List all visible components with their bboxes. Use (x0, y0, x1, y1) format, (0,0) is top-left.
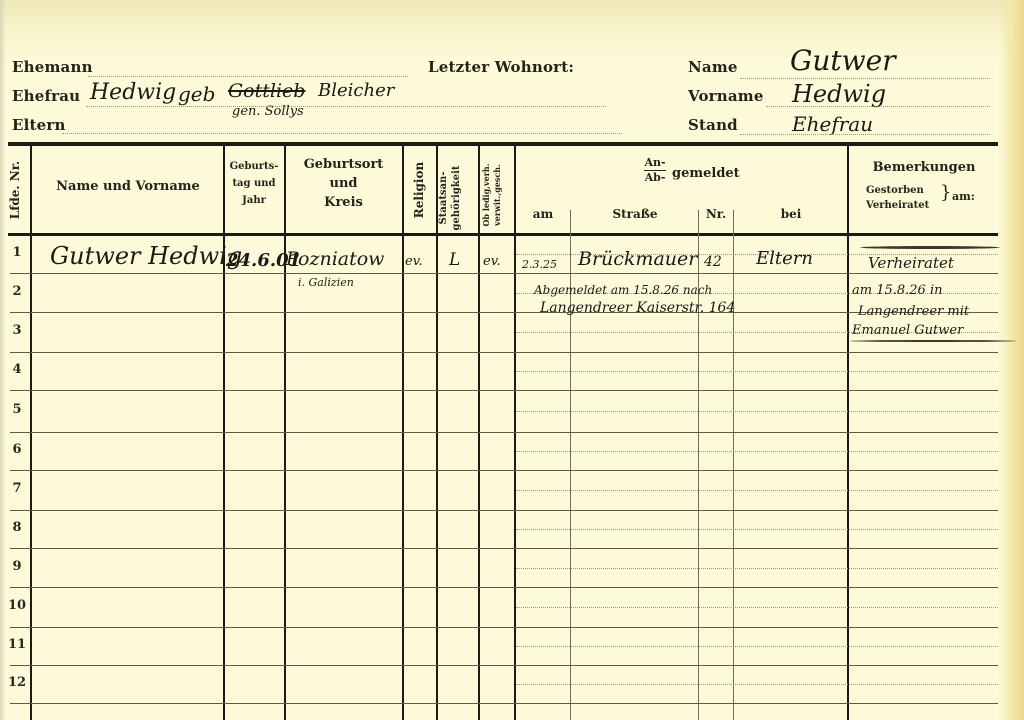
row-dotted-midline (516, 451, 998, 452)
row-number: 6 (6, 442, 28, 457)
header-staats-line2: gehörigkeit (450, 156, 463, 240)
row-number: 5 (6, 402, 28, 417)
header-am: am (516, 207, 570, 222)
header-brace-icon: } (940, 182, 951, 205)
row-number: 7 (6, 481, 28, 496)
row-number: 1 (6, 245, 28, 260)
entry-remarks-line3: Langendreer mit (858, 304, 969, 319)
ehemann-line (88, 76, 408, 77)
row-number: 2 (6, 284, 28, 299)
entry-an-number: 42 (704, 254, 722, 270)
header-ledig-line2: verwit.,gesch. (492, 155, 503, 235)
header-familienstand: Ob ledig,verh. verwit.,gesch. (481, 155, 511, 235)
name-line (740, 78, 990, 79)
ehefrau-maiden-name: Bleicher (318, 80, 394, 101)
row-dotted-midline (516, 684, 998, 685)
table-top-rule (8, 142, 998, 146)
eltern-label: Eltern (12, 116, 66, 134)
column-divider-geburtsort (402, 146, 404, 720)
header-bei: bei (735, 207, 847, 222)
entry-birth-place: Pozniatow (286, 248, 384, 270)
header-geburtsort: Geburtsort und Kreis (286, 155, 401, 212)
eltern-line (62, 133, 622, 134)
header-bemerkungen: Bemerkungen (850, 160, 998, 176)
header-geburtsort-line1: Geburtsort (286, 155, 401, 174)
entry-an-date: 2.3.25 (522, 258, 557, 271)
row-rule (10, 273, 998, 274)
row-rule (10, 390, 998, 391)
row-dotted-midline (516, 490, 998, 491)
row-dotted-midline (516, 529, 998, 530)
vorname-value: Hedwig (792, 80, 886, 108)
header-geburtstag-line1: Geburts- (225, 158, 283, 175)
entry-remarks-line1: Verheiratet (868, 254, 954, 272)
header-ledig-line1: Ob ledig,verh. (481, 155, 492, 235)
column-divider-name (223, 146, 225, 720)
column-divider-staats (478, 146, 480, 720)
entry-name: Gutwer Hedwig (50, 242, 242, 270)
column-divider-geburtstag (284, 146, 286, 720)
header-geburtsort-line3: Kreis (286, 193, 401, 212)
stand-label: Stand (688, 116, 738, 134)
row-number: 11 (6, 637, 28, 652)
vorname-line (766, 106, 990, 107)
row-rule (10, 470, 998, 471)
row-rule (10, 703, 998, 704)
header-name-vorname: Name und Vorname (34, 179, 222, 195)
ehefrau-struck-name: Gottlieb (228, 80, 305, 102)
row-rule (10, 510, 998, 511)
header-an: An- (640, 156, 670, 170)
entry-remarks-line2: am 15.8.26 in (852, 283, 943, 298)
entry-remarks-line4: Emanuel Gutwer (852, 323, 963, 338)
header-geburtsort-line2: und (286, 174, 401, 193)
row-number: 9 (6, 559, 28, 574)
header-geburtstag-line2: tag und (225, 175, 283, 192)
row-number: 4 (6, 362, 28, 377)
row-rule (10, 352, 998, 353)
column-divider-lfde (30, 146, 32, 720)
row-number: 8 (6, 520, 28, 535)
column-divider-nr (733, 210, 734, 720)
header-staatsangehoerigkeit: Staatsan- gehörigkeit (437, 156, 473, 240)
row-rule (10, 587, 998, 588)
remarks-swash-bottom (850, 340, 1016, 342)
header-lfde-nr: Lfde. Nr. (8, 160, 24, 220)
name-value: Gutwer (790, 44, 896, 77)
row-rule (10, 548, 998, 549)
header-religion: Religion (412, 154, 428, 226)
paper-edge-right (998, 0, 1024, 720)
row-rule (10, 432, 998, 433)
letzter-wohnort-label: Letzter Wohnort: (428, 58, 574, 76)
row-rule (10, 312, 998, 313)
row-dotted-midline (516, 411, 998, 412)
header-geburtstag-line3: Jahr (225, 192, 283, 209)
header-gemeldet: gemeldet (672, 166, 740, 182)
ehefrau-line (86, 106, 606, 107)
row-rule (10, 665, 998, 666)
column-divider-ledig (514, 146, 516, 720)
entry-an-bei: Eltern (756, 248, 813, 269)
header-verheiratet: Verheiratet (866, 198, 929, 213)
row-number: 3 (6, 323, 28, 338)
name-label: Name (688, 58, 738, 76)
row-dotted-midline (516, 371, 998, 372)
entry-an-street: Brückmauer (578, 248, 697, 270)
entry-religion: ev. (405, 254, 423, 269)
row-dotted-midline (516, 568, 998, 569)
entry-birth-region: i. Galizien (298, 276, 354, 289)
row-dotted-midline (516, 607, 998, 608)
ehefrau-label: Ehefrau (12, 87, 80, 105)
ehemann-label: Ehemann (12, 58, 93, 76)
header-geburtstag: Geburts- tag und Jahr (225, 158, 283, 209)
entry-nationality: L (449, 250, 460, 270)
header-gestorben: Gestorben (866, 183, 929, 198)
entry-abgemeldet-line1: Abgemeldet am 15.8.26 nach (534, 283, 712, 297)
entry-marital-status: ev. (483, 254, 501, 269)
ehefrau-given-name: Hedwig (90, 80, 176, 105)
row-dotted-midline (516, 646, 998, 647)
row-number: 10 (6, 598, 28, 613)
vorname-label: Vorname (688, 87, 764, 105)
stand-value: Ehefrau (792, 112, 873, 136)
header-ab: Ab- (640, 171, 670, 185)
header-staats-line1: Staatsan- (437, 156, 450, 240)
header-nr: Nr. (699, 207, 733, 222)
registration-card: Ehemann Ehefrau Hedwig geb Gottlieb Blei… (0, 0, 1024, 720)
entry-abgemeldet-line2: Langendreer Kaiserstr. 164 (540, 300, 735, 316)
header-strasse: Straße (572, 207, 698, 222)
header-gestorben-verheiratet: Gestorben Verheiratet (866, 183, 929, 213)
remarks-swash-top (860, 246, 1000, 249)
header-bem-am: am: (952, 190, 975, 204)
stand-line (740, 134, 990, 135)
header-an-ab: An- Ab- (640, 156, 670, 185)
ehefrau-geb: geb (178, 82, 215, 106)
row-rule (10, 627, 998, 628)
row-number: 12 (6, 675, 28, 690)
column-divider-bei (847, 146, 849, 720)
